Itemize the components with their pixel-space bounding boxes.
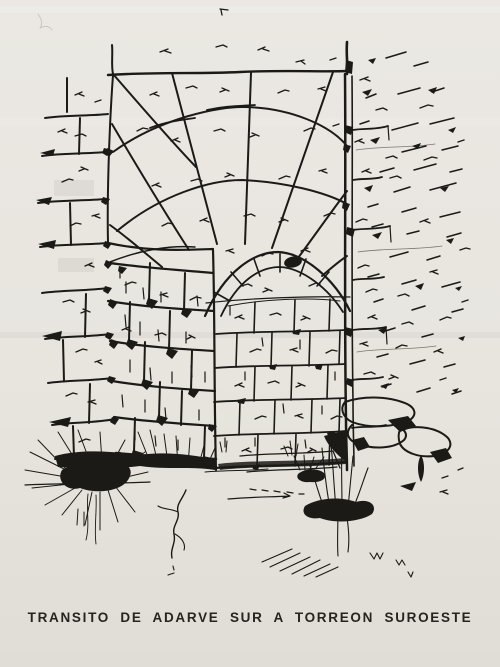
- ground-crack: [172, 490, 186, 558]
- pencil-smudge: [38, 14, 52, 30]
- ink-drawing-vaulted-passage: [0, 0, 500, 667]
- ground-and-grass: [25, 430, 413, 577]
- figure-caption: TRANSITO DE ADARVE SUR A TORREON SUROEST…: [0, 610, 500, 625]
- corner-base-stones: [342, 398, 463, 495]
- left-wall: [36, 78, 120, 462]
- left-jamb-wall: [108, 243, 217, 470]
- upper-wall-course: [108, 9, 348, 75]
- grass-core-right: [297, 469, 374, 521]
- scanned-page: TRANSITO DE ADARVE SUR A TORREON SUROEST…: [0, 0, 500, 667]
- back-wall: [206, 297, 350, 470]
- right-wall-texture: [355, 52, 470, 394]
- barrel-vault: [104, 72, 351, 316]
